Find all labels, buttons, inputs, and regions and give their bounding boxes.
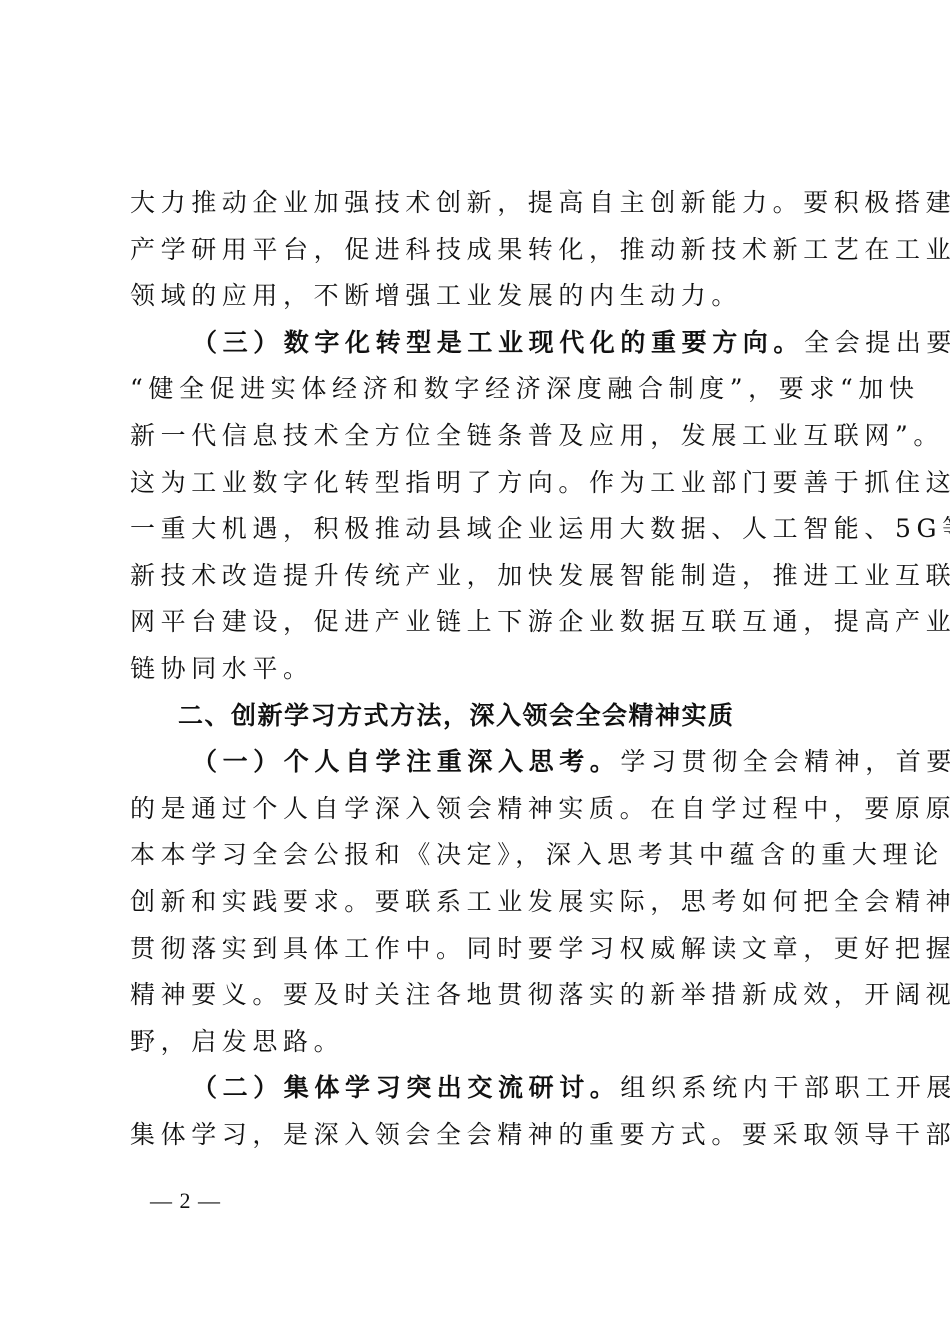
text-line: 贯彻落实到具体工作中。同时要学习权威解读文章，更好把握 xyxy=(130,926,820,973)
text-line: “健全促进实体经济和数字经济深度融合制度”，要求“加快 xyxy=(130,366,820,413)
paragraph-lead: （三）数字化转型是工业现代化的重要方向。 xyxy=(192,328,804,357)
paragraph-lead: （二）集体学习突出交流研讨。 xyxy=(192,1073,620,1102)
text-line: 网平台建设，促进产业链上下游企业数据互联互通，提高产业 xyxy=(130,599,820,646)
text-span: 学习贯彻全会精神，首要 xyxy=(620,747,950,776)
text-line: 本本学习全会公报和《决定》，深入思考其中蕴含的重大理论 xyxy=(130,832,820,879)
paragraph-self-study: （一）个人自学注重深入思考。学习贯彻全会精神，首要 的是通过个人自学深入领会精神… xyxy=(130,739,820,1065)
paragraph-continuation: 大力推动企业加强技术创新，提高自主创新能力。要积极搭建 产学研用平台，促进科技成… xyxy=(130,180,820,320)
paragraph-group-study: （二）集体学习突出交流研讨。组织系统内干部职工开展 集体学习，是深入领会全会精神… xyxy=(130,1065,820,1158)
text-line: 精神要义。要及时关注各地贯彻落实的新举措新成效，开阔视 xyxy=(130,972,820,1019)
section-heading: 二、创新学习方式方法，深入领会全会精神实质 xyxy=(130,693,820,740)
text-line-first: （二）集体学习突出交流研讨。组织系统内干部职工开展 xyxy=(130,1065,820,1112)
text-line: 创新和实践要求。要联系工业发展实际，思考如何把全会精神 xyxy=(130,879,820,926)
text-span: 全会提出要 xyxy=(804,328,950,357)
text-line: 一重大机遇，积极推动县域企业运用大数据、人工智能、5G等 xyxy=(130,506,820,553)
document-page: 大力推动企业加强技术创新，提高自主创新能力。要积极搭建 产学研用平台，促进科技成… xyxy=(130,180,820,1158)
text-line: 产学研用平台，促进科技成果转化，推动新技术新工艺在工业 xyxy=(130,227,820,274)
text-line: 大力推动企业加强技术创新，提高自主创新能力。要积极搭建 xyxy=(130,180,820,227)
text-line: 新一代信息技术全方位全链条普及应用，发展工业互联网”。 xyxy=(130,413,820,460)
text-line: 这为工业数字化转型指明了方向。作为工业部门要善于抓住这 xyxy=(130,460,820,507)
paragraph-digital-transformation: （三）数字化转型是工业现代化的重要方向。全会提出要 “健全促进实体经济和数字经济… xyxy=(130,320,820,693)
text-span: 组织系统内干部职工开展 xyxy=(620,1073,950,1102)
text-line: 领域的应用，不断增强工业发展的内生动力。 xyxy=(130,273,820,320)
text-line: 集体学习，是深入领会全会精神的重要方式。要采取领导干部 xyxy=(130,1112,820,1159)
page-number: — 2 — xyxy=(150,1188,221,1214)
text-line: 野，启发思路。 xyxy=(130,1019,820,1066)
text-line-first: （三）数字化转型是工业现代化的重要方向。全会提出要 xyxy=(130,320,820,367)
text-line: 的是通过个人自学深入领会精神实质。在自学过程中，要原原 xyxy=(130,786,820,833)
text-line-first: （一）个人自学注重深入思考。学习贯彻全会精神，首要 xyxy=(130,739,820,786)
text-line: 新技术改造提升传统产业，加快发展智能制造，推进工业互联 xyxy=(130,553,820,600)
text-line: 链协同水平。 xyxy=(130,646,820,693)
paragraph-lead: （一）个人自学注重深入思考。 xyxy=(192,747,620,776)
